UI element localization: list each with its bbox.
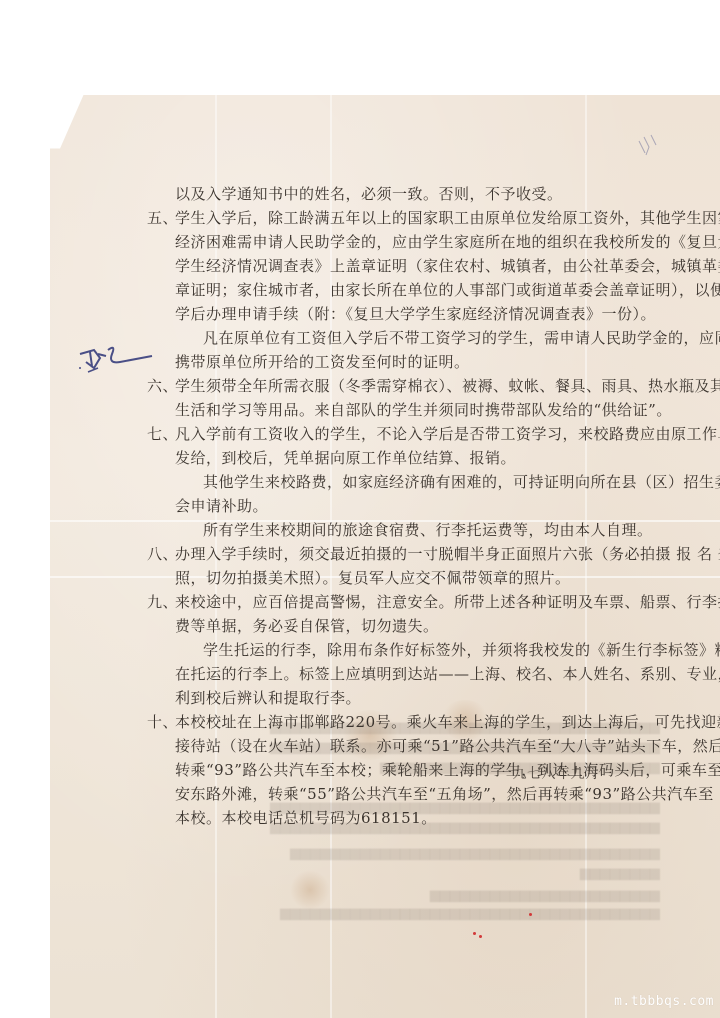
line-text: 在托运的行李上。标签上应填明到达站——上海、校名、本人姓名、系别、专业，以 — [175, 665, 720, 683]
line-text: 接待站（设在火车站）联系。亦可乘“51”路公共汽车至“大八寺”站头下车，然后 — [175, 737, 720, 755]
line-text: 转乘“93”路公共汽车至本校；乘轮船来上海的学生，到达上海码头后，可乘车至延 — [175, 761, 720, 779]
line-text: 学生入学后，除工龄满五年以上的国家职工由原单位发给原工资外，其他学生因家庭 — [175, 209, 720, 227]
show-through-text: ▆▆▆▆▆▆▆▆▆▆▆▆▆▆▆▆▆▆▆▆▆▆▆▆▆▆▆▆▆▆▆▆▆▆▆▆▆ — [100, 846, 660, 862]
item-number: 七、 — [147, 422, 175, 446]
line-text: 照，切勿拍摄美术照）。复员军人应交不佩带领章的照片。 — [175, 569, 571, 587]
red-ink-dot — [473, 932, 476, 935]
sub-paragraph-line: 凡在原单位有工资但入学后不带工资学习的学生，需申请人民助学金的，应同时 — [147, 326, 672, 350]
sub-paragraph-line: 携带原单位所开给的工资发至何时的证明。 — [147, 350, 672, 374]
line-text: 生活和学习等用品。来自部队的学生并须同时携带部队发给的“供给证”。 — [175, 401, 672, 419]
red-ink-dot — [529, 913, 532, 916]
line-text: 费等单据，务必妥自保管，切勿遗失。 — [175, 617, 439, 635]
sub-paragraph-line: 利到校后辨认和提取行李。 — [147, 686, 672, 710]
item-number: 六、 — [147, 374, 175, 398]
line-text: 以及入学通知书中的姓名，必须一致。否则，不予收受。 — [175, 185, 563, 203]
line-text: 本校。本校电话总机号码为618151。 — [175, 809, 437, 827]
line-text: 学生经济情况调查表》上盖章证明（家住农村、城镇者，由公社革委会，城镇革委会盖 — [175, 257, 720, 275]
line-text: 发给，到校后，凭单据向原工作单位结算、报销。 — [175, 449, 516, 467]
line-text: 凡在原单位有工资但入学后不带工资学习的学生，需申请人民助学金的，应同时 — [203, 329, 720, 347]
item-number: 十、 — [147, 710, 175, 734]
sub-paragraph-line: 学生托运的行李，除用布条作好标签外，并须将我校发的《新生行李标签》粘贴 — [147, 638, 672, 662]
numbered-item-line: 八、办理入学手续时，须交最近拍摄的一寸脱帽半身正面照片六张（务必拍摄 报 名 登… — [147, 542, 672, 566]
line-text: 利到校后辨认和提取行李。 — [175, 689, 361, 707]
line-text: 安东路外滩，转乘“55”路公共汽车至“五角场”，然后再转乘“93”路公共汽车至 — [175, 785, 714, 803]
site-watermark: m.tbbbqs.com — [614, 994, 714, 1009]
item-number: 八、 — [147, 542, 175, 566]
continuation-line: 以及入学通知书中的姓名，必须一致。否则，不予收受。 — [147, 182, 672, 206]
line-text: 来校途中，应百倍提高警惕，注意安全。所带上述各种证明及车票、船票、行李托运 — [175, 593, 720, 611]
show-through-text: ▆▆▆▆▆▆▆▆▆▆▆▆▆▆▆▆▆▆▆▆▆▆▆▆▆▆▆▆▆▆▆▆▆▆▆▆▆▆ — [100, 906, 660, 922]
numbered-item-line: 接待站（设在火车站）联系。亦可乘“51”路公共汽车至“大八寺”站头下车，然后 — [147, 734, 672, 758]
numbered-item-line: 七、凡入学前有工资收入的学生，不论入学后是否带工资学习，来校路费应由原工作单位 — [147, 422, 672, 446]
numbered-item-line: 九、来校途中，应百倍提高警惕，注意安全。所带上述各种证明及车票、船票、行李托运 — [147, 590, 672, 614]
sub-paragraph-line: 会申请补助。 — [147, 494, 672, 518]
line-text: 经济困难需申请人民助学金的，应由学生家庭所在地的组织在我校所发的《复旦大学 — [175, 233, 720, 251]
numbered-item-line: 六、学生须带全年所需衣服（冬季需穿棉衣）、被褥、蚊帐、餐具、雨具、热水瓶及其它 — [147, 374, 672, 398]
sub-paragraph-line: 其他学生来校路费，如家庭经济确有困难的，可持证明向所在县（区）招生委员 — [147, 470, 672, 494]
line-text: 学后办理申请手续（附：《复旦大学学生家庭经济情况调查表》一份）。 — [175, 305, 656, 323]
numbered-item-line: 十、本校校址在上海市邯郸路220号。乘火车来上海的学生，到达上海后，可先找迎新工… — [147, 710, 672, 734]
line-text: 学生托运的行李，除用布条作好标签外，并须将我校发的《新生行李标签》粘贴 — [203, 641, 720, 659]
numbered-item-line: 费等单据，务必妥自保管，切勿遗失。 — [147, 614, 672, 638]
line-text: 携带原单位所开给的工资发至何时的证明。 — [175, 353, 470, 371]
item-number: 五、 — [147, 206, 175, 230]
line-text: 凡入学前有工资收入的学生，不论入学后是否带工资学习，来校路费应由原工作单位 — [175, 425, 720, 443]
show-through-text: ▆▆▆▆▆▆▆▆ — [100, 866, 660, 882]
red-ink-dot — [479, 935, 482, 938]
line-text: 办理入学手续时，须交最近拍摄的一寸脱帽半身正面照片六张（务必拍摄 报 名 登 记 — [175, 545, 720, 563]
numbered-item-line: 学生经济情况调查表》上盖章证明（家住农村、城镇者，由公社革委会，城镇革委会盖 — [147, 254, 672, 278]
item-number: 九、 — [147, 590, 175, 614]
line-text: 会申请补助。 — [175, 497, 268, 515]
pencil-scribble-icon — [636, 131, 658, 161]
numbered-item-line: 经济困难需申请人民助学金的，应由学生家庭所在地的组织在我校所发的《复旦大学 — [147, 230, 672, 254]
numbered-item-line: 五、学生入学后，除工龄满五年以上的国家职工由原单位发给原工资外，其他学生因家庭 — [147, 206, 672, 230]
numbered-item-line: 照，切勿拍摄美术照）。复员军人应交不佩带领章的照片。 — [147, 566, 672, 590]
document-date: 一九七八年九月 — [498, 763, 600, 783]
numbered-item-line: 发给，到校后，凭单据向原工作单位结算、报销。 — [147, 446, 672, 470]
numbered-item-line: 章证明；家住城市者，由家长所在单位的人事部门或街道革委会盖章证明），以便入 — [147, 278, 672, 302]
line-text: 所有学生来校期间的旅途食宿费、行李托运费等，均由本人自理。 — [203, 521, 653, 539]
line-text: 本校校址在上海市邯郸路220号。乘火车来上海的学生，到达上海后，可先找迎新工作 — [175, 713, 720, 731]
numbered-item-line: 安东路外滩，转乘“55”路公共汽车至“五角场”，然后再转乘“93”路公共汽车至 — [147, 782, 672, 806]
sub-paragraph-line: 所有学生来校期间的旅途食宿费、行李托运费等，均由本人自理。 — [147, 518, 672, 542]
sub-paragraph-line: 在托运的行李上。标签上应填明到达站——上海、校名、本人姓名、系别、专业，以 — [147, 662, 672, 686]
line-text: 章证明；家住城市者，由家长所在单位的人事部门或街道革委会盖章证明），以便入 — [175, 281, 720, 299]
numbered-item-line: 本校。本校电话总机号码为618151。 — [147, 806, 672, 830]
document-body: 以及入学通知书中的姓名，必须一致。否则，不予收受。五、学生入学后，除工龄满五年以… — [147, 182, 672, 830]
line-text: 其他学生来校路费，如家庭经济确有困难的，可持证明向所在县（区）招生委员 — [203, 473, 720, 491]
show-through-text: ▆▆▆▆▆▆▆▆▆▆▆▆▆▆▆▆▆▆▆▆▆▆▆ — [100, 888, 660, 904]
numbered-item-line: 学后办理申请手续（附：《复旦大学学生家庭经济情况调查表》一份）。 — [147, 302, 672, 326]
line-text: 学生须带全年所需衣服（冬季需穿棉衣）、被褥、蚊帐、餐具、雨具、热水瓶及其它 — [175, 377, 720, 395]
numbered-item-line: 生活和学习等用品。来自部队的学生并须同时携带部队发给的“供给证”。 — [147, 398, 672, 422]
